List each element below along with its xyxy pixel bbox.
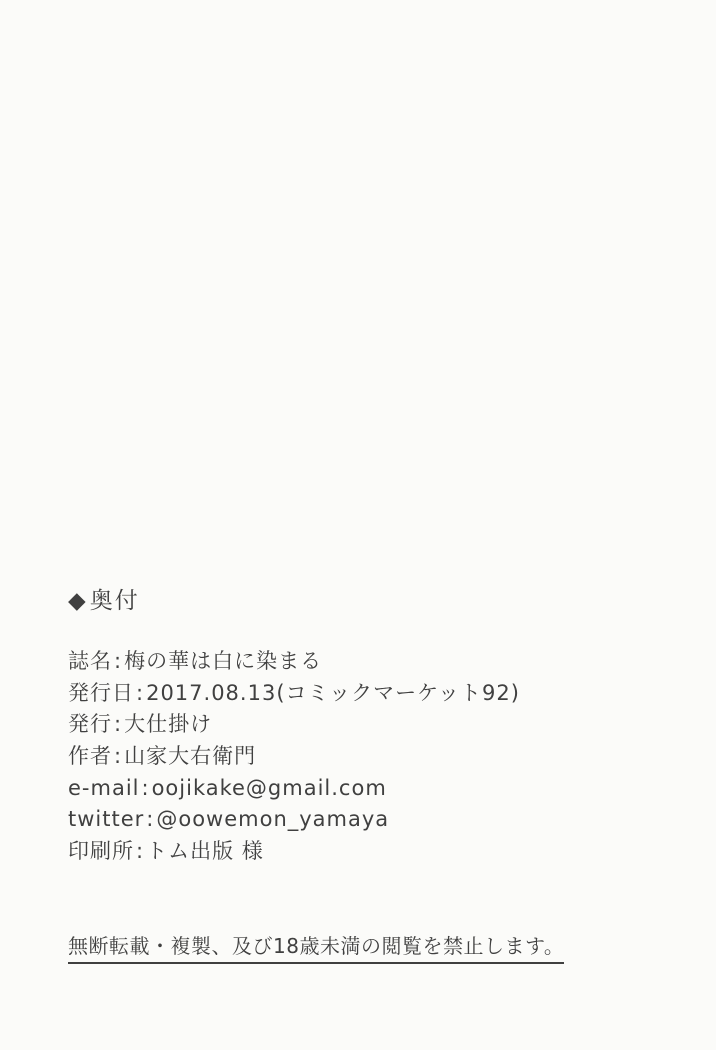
line-separator: : bbox=[144, 807, 156, 831]
line-separator: : bbox=[134, 839, 146, 863]
line-value: 大仕掛け bbox=[124, 712, 212, 736]
line-label: twitter bbox=[68, 807, 144, 831]
line-value: 梅の華は白に染まる bbox=[124, 649, 322, 673]
line-label: 印刷所 bbox=[68, 839, 134, 863]
line-label: 発行 bbox=[68, 712, 112, 736]
colophon-page: ◆奥付 誌名:梅の華は白に染まる 発行日:2017.08.13(コミックマーケッ… bbox=[0, 0, 716, 1050]
line-value: トム出版 様 bbox=[146, 839, 264, 863]
line-label: 作者 bbox=[68, 744, 112, 768]
colophon-line-printer: 印刷所:トム出版 様 bbox=[68, 836, 520, 868]
line-label: 誌名 bbox=[68, 649, 112, 673]
colophon-line-publish-date: 発行日:2017.08.13(コミックマーケット92) bbox=[68, 678, 520, 710]
colophon-line-author: 作者:山家大右衛門 bbox=[68, 741, 520, 773]
line-label: 発行日 bbox=[68, 681, 134, 705]
colophon-line-email: e-mail:oojikake@gmail.com bbox=[68, 773, 520, 805]
colophon-line-twitter: twitter:@oowemon_yamaya bbox=[68, 804, 520, 836]
copyright-notice: 無断転載・複製、及び18歳未満の閲覧を禁止します。 bbox=[68, 934, 564, 964]
line-separator: : bbox=[112, 712, 124, 736]
line-value: oojikake@gmail.com bbox=[152, 776, 387, 800]
colophon-heading: ◆奥付 bbox=[68, 588, 140, 614]
line-separator: : bbox=[112, 649, 124, 673]
colophon-info-list: 誌名:梅の華は白に染まる 発行日:2017.08.13(コミックマーケット92)… bbox=[68, 646, 520, 868]
line-label: e-mail bbox=[68, 776, 140, 800]
line-separator: : bbox=[112, 744, 124, 768]
colophon-line-title: 誌名:梅の華は白に染まる bbox=[68, 646, 520, 678]
line-value: 2017.08.13(コミックマーケット92) bbox=[146, 681, 520, 705]
line-separator: : bbox=[134, 681, 146, 705]
line-separator: : bbox=[140, 776, 152, 800]
colophon-line-publisher: 発行:大仕掛け bbox=[68, 709, 520, 741]
line-value: @oowemon_yamaya bbox=[156, 807, 389, 831]
line-value: 山家大右衛門 bbox=[124, 744, 256, 768]
colophon-heading-label: 奥付 bbox=[90, 588, 140, 614]
diamond-icon: ◆ bbox=[68, 588, 88, 614]
